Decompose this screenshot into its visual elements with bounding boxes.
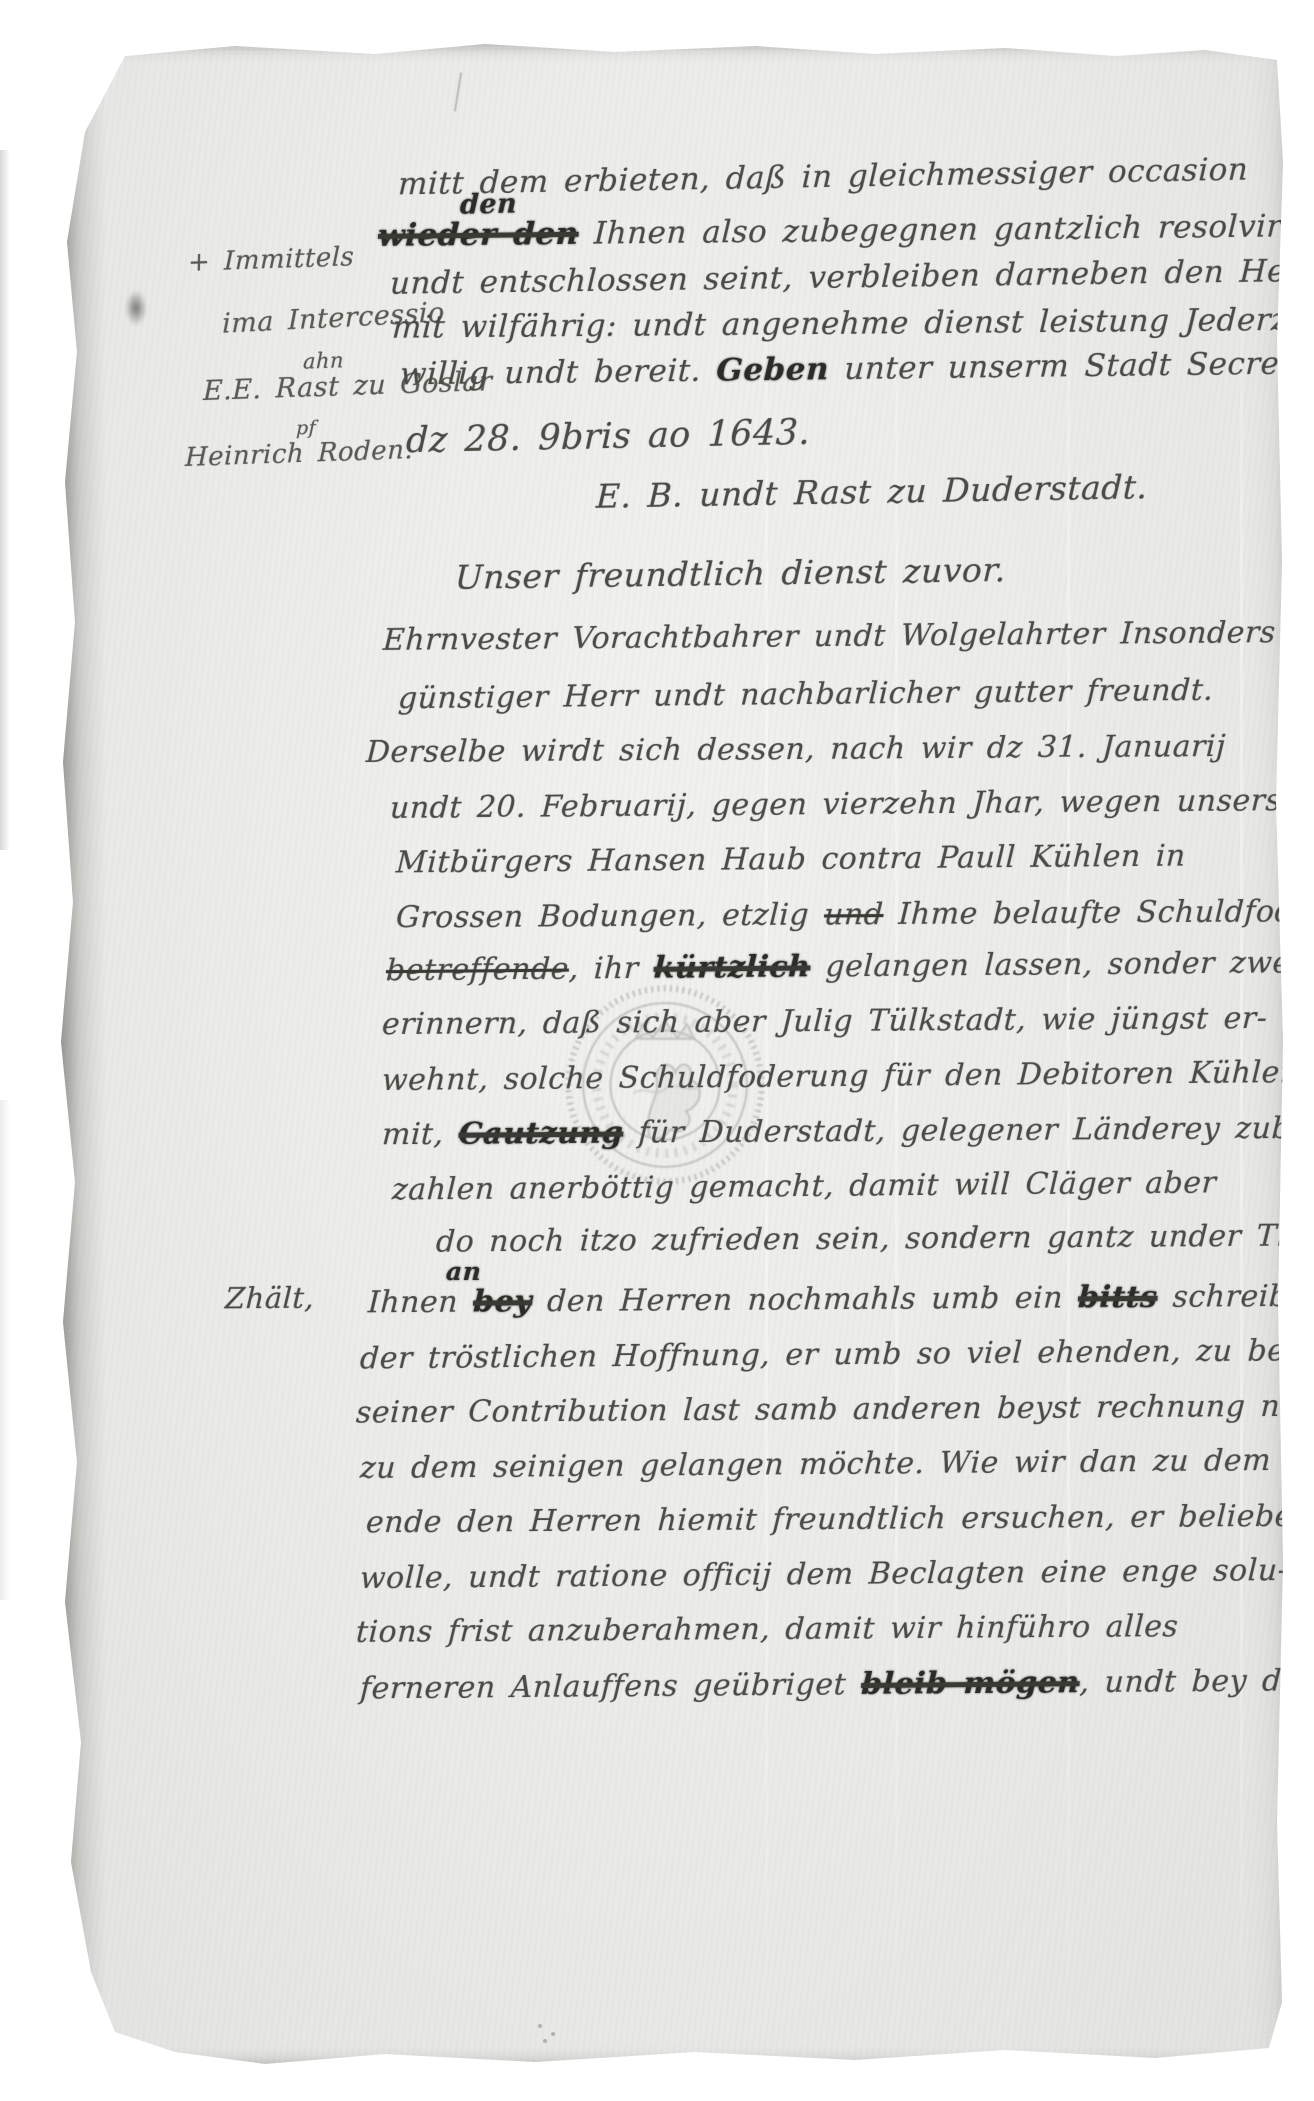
letter-line: zu dem seinigen gelangen möchte. Wie wir… xyxy=(359,1444,1271,1485)
text-segment: zahlen anerböttig gemacht, damit will Cl… xyxy=(391,1165,1217,1207)
letter-line: wehnt, solche Schuldfoderung für den Deb… xyxy=(381,1056,1300,1097)
text-segment: wieder den xyxy=(377,216,579,254)
paper-chain-line xyxy=(895,42,898,2068)
letter-line: tions frist anzuberahmen, damit wir hinf… xyxy=(355,1610,1179,1649)
pencil-mark xyxy=(543,2039,547,2043)
text-segment: Mitbürgers Hansen Haub contra Paull Kühl… xyxy=(395,839,1186,881)
letter-line: mit, Cautzung für Duderstadt, gelegener … xyxy=(381,1112,1314,1152)
margin-note: pf xyxy=(296,418,317,440)
text-segment: schreiben xyxy=(1157,1279,1314,1315)
scanned-manuscript-page: + Immittelsima IntercessioahnE.E. Rast z… xyxy=(0,0,1314,2101)
letter-line: Zhält, xyxy=(224,1283,315,1316)
text-segment: erinnern, daß sich aber Julig Tülkstadt,… xyxy=(381,1001,1268,1042)
text-segment: wehnt, solche Schuldfoderung für den Deb… xyxy=(381,1055,1300,1098)
closing-line: mit wilfährig: undt angenehme dienst lei… xyxy=(391,301,1314,345)
letter-line: Derselbe wirdt sich dessen, nach wir dz … xyxy=(365,730,1226,769)
text-segment: kürtzlich xyxy=(653,949,811,985)
text-segment: Cautzung xyxy=(458,1116,624,1152)
letter-line: wolle, undt ratione officij dem Beclagte… xyxy=(359,1554,1289,1595)
closing-line: undt entschlossen seint, verbleiben darn… xyxy=(389,253,1314,301)
text-segment: mit wilfährig: undt angenehme dienst lei… xyxy=(391,300,1314,345)
text-segment: gelangen lassen, sonder zweifell xyxy=(810,945,1314,985)
text-segment: Unser freundtlich dienst zuvor. xyxy=(454,550,1006,597)
closing-line: dz 28. 9bris ao 1643. xyxy=(405,414,810,461)
text-segment: den Herren nochmahls umb ein xyxy=(531,1280,1079,1319)
text-segment: , ihr xyxy=(568,951,654,987)
letter-line: do noch itzo zufrieden sein, sondern gan… xyxy=(435,1218,1314,1258)
text-segment: Zhält, xyxy=(224,1281,315,1316)
letter-line: an xyxy=(445,1258,482,1286)
text-segment: + Immittels xyxy=(188,242,355,278)
closing-line: willig undt bereit. Geben unter unserm S… xyxy=(399,347,1293,392)
text-segment: Grossen Bodungen, etzlig xyxy=(395,897,825,935)
ink-blot xyxy=(125,290,147,326)
margin-note: + Immittels xyxy=(188,243,355,277)
paper: + Immittelsima IntercessioahnE.E. Rast z… xyxy=(55,42,1285,2068)
letter-line: ferneren Anlauffens geübriget bleib möge… xyxy=(359,1664,1314,1706)
text-segment: ende den Herren hiemit freundtlich ersuc… xyxy=(365,1499,1293,1540)
text-segment: dz 28. 9bris ao 1643. xyxy=(405,413,810,462)
text-segment: betreffende xyxy=(385,952,569,989)
letter-line: Ehrnvester Vorachtbahrer undt Wolgelahrt… xyxy=(382,616,1276,657)
margin-note: ahn xyxy=(303,349,344,374)
letter-line: der tröstlichen Hoffnung, er umb so viel… xyxy=(359,1334,1314,1376)
text-segment: bleib mögen xyxy=(860,1665,1080,1702)
pencil-mark xyxy=(538,2024,542,2028)
closing-line: wieder den Ihnen also zubegegnen gantzli… xyxy=(377,209,1314,253)
text-segment: Ihme belaufte Schuldfoderung xyxy=(883,894,1314,933)
text-segment: Ihnen xyxy=(367,1285,474,1321)
text-segment: Ihnen also zubegegnen gantzlich resolvir… xyxy=(578,208,1314,252)
letter-line: ende den Herren hiemit freundtlich ersuc… xyxy=(365,1500,1293,1539)
text-segment: willig undt bereit. xyxy=(399,353,717,393)
letter-line: günstiger Herr undt nachbarlicher gutter… xyxy=(397,674,1214,716)
text-segment: Ehrnvester Vorachtbahrer undt Wolgelahrt… xyxy=(382,615,1276,658)
text-segment: tions frist anzuberahmen, damit wir hinf… xyxy=(355,1609,1179,1650)
letter-line: Ihnen bey den Herren nochmahls umb ein b… xyxy=(367,1280,1314,1320)
letter-line: Mitbürgers Hansen Haub contra Paull Kühl… xyxy=(395,840,1186,880)
text-segment: wolle, undt ratione officij dem Beclagte… xyxy=(359,1553,1289,1596)
text-segment: mit, xyxy=(381,1117,459,1153)
letter-line: undt 20. Februarij, gegen vierzehn Jhar,… xyxy=(389,784,1282,825)
pencil-mark xyxy=(551,2032,555,2036)
text-segment: für Duderstadt, gelegener Länderey zube- xyxy=(623,1111,1314,1151)
text-segment: bitts xyxy=(1077,1280,1158,1316)
text-segment: E. B. undt Rast zu Duderstadt. xyxy=(595,467,1148,516)
text-segment: mitt dem erbieten, daß in gleichmessiger… xyxy=(397,152,1249,203)
text-segment: pf xyxy=(296,417,317,440)
text-segment: bey xyxy=(472,1284,533,1319)
text-segment: an xyxy=(445,1257,482,1286)
scanner-edge-smudge xyxy=(0,150,10,850)
text-segment: ferneren Anlauffens geübriget xyxy=(359,1667,862,1706)
text-segment: Geben xyxy=(716,351,830,388)
letter-line: seiner Contribution last samb anderen be… xyxy=(355,1390,1314,1430)
letter-line: Grossen Bodungen, etzlig und Ihme belauf… xyxy=(395,895,1314,935)
text-segment: undt 20. Februarij, gegen vierzehn Jhar,… xyxy=(389,783,1282,826)
letter-line: erinnern, daß sich aber Julig Tülkstadt,… xyxy=(381,1002,1268,1041)
text-segment: Heinrich Roden. xyxy=(185,435,414,473)
text-segment: zu dem seinigen gelangen möchte. Wie wir… xyxy=(359,1443,1272,1486)
text-segment: ahn xyxy=(303,348,344,373)
text-segment: unter unserm Stadt Secret xyxy=(828,346,1293,388)
text-segment: und xyxy=(823,897,884,932)
margin-note: Heinrich Roden. xyxy=(185,436,414,473)
scanner-edge-smudge xyxy=(0,1100,10,1600)
text-segment: , undt bey dem Fl xyxy=(1079,1663,1314,1701)
closing-line: mitt dem erbieten, daß in gleichmessiger… xyxy=(397,153,1248,202)
text-segment: Derselbe wirdt sich dessen, nach wir dz … xyxy=(365,729,1226,770)
torn-left-edge xyxy=(55,42,107,2068)
letter-line: betreffende, ihr kürtzlich gelangen lass… xyxy=(385,946,1314,987)
letter-line: Unser freundtlich dienst zuvor. xyxy=(454,552,1006,596)
text-segment: do noch itzo zufrieden sein, sondern gan… xyxy=(435,1217,1314,1259)
text-segment: seiner Contribution last samb anderen be… xyxy=(355,1389,1314,1431)
text-segment: günstiger Herr undt nachbarlicher gutter… xyxy=(397,673,1214,717)
paper-chain-line xyxy=(1067,42,1070,2068)
closing-line: E. B. undt Rast zu Duderstadt. xyxy=(595,469,1148,515)
text-segment: der tröstlichen Hoffnung, er umb so viel… xyxy=(359,1333,1314,1377)
text-segment: undt entschlossen seint, verbleiben darn… xyxy=(389,252,1314,302)
letter-line: zahlen anerböttig gemacht, damit will Cl… xyxy=(391,1166,1217,1206)
paper-scratch xyxy=(454,72,462,112)
